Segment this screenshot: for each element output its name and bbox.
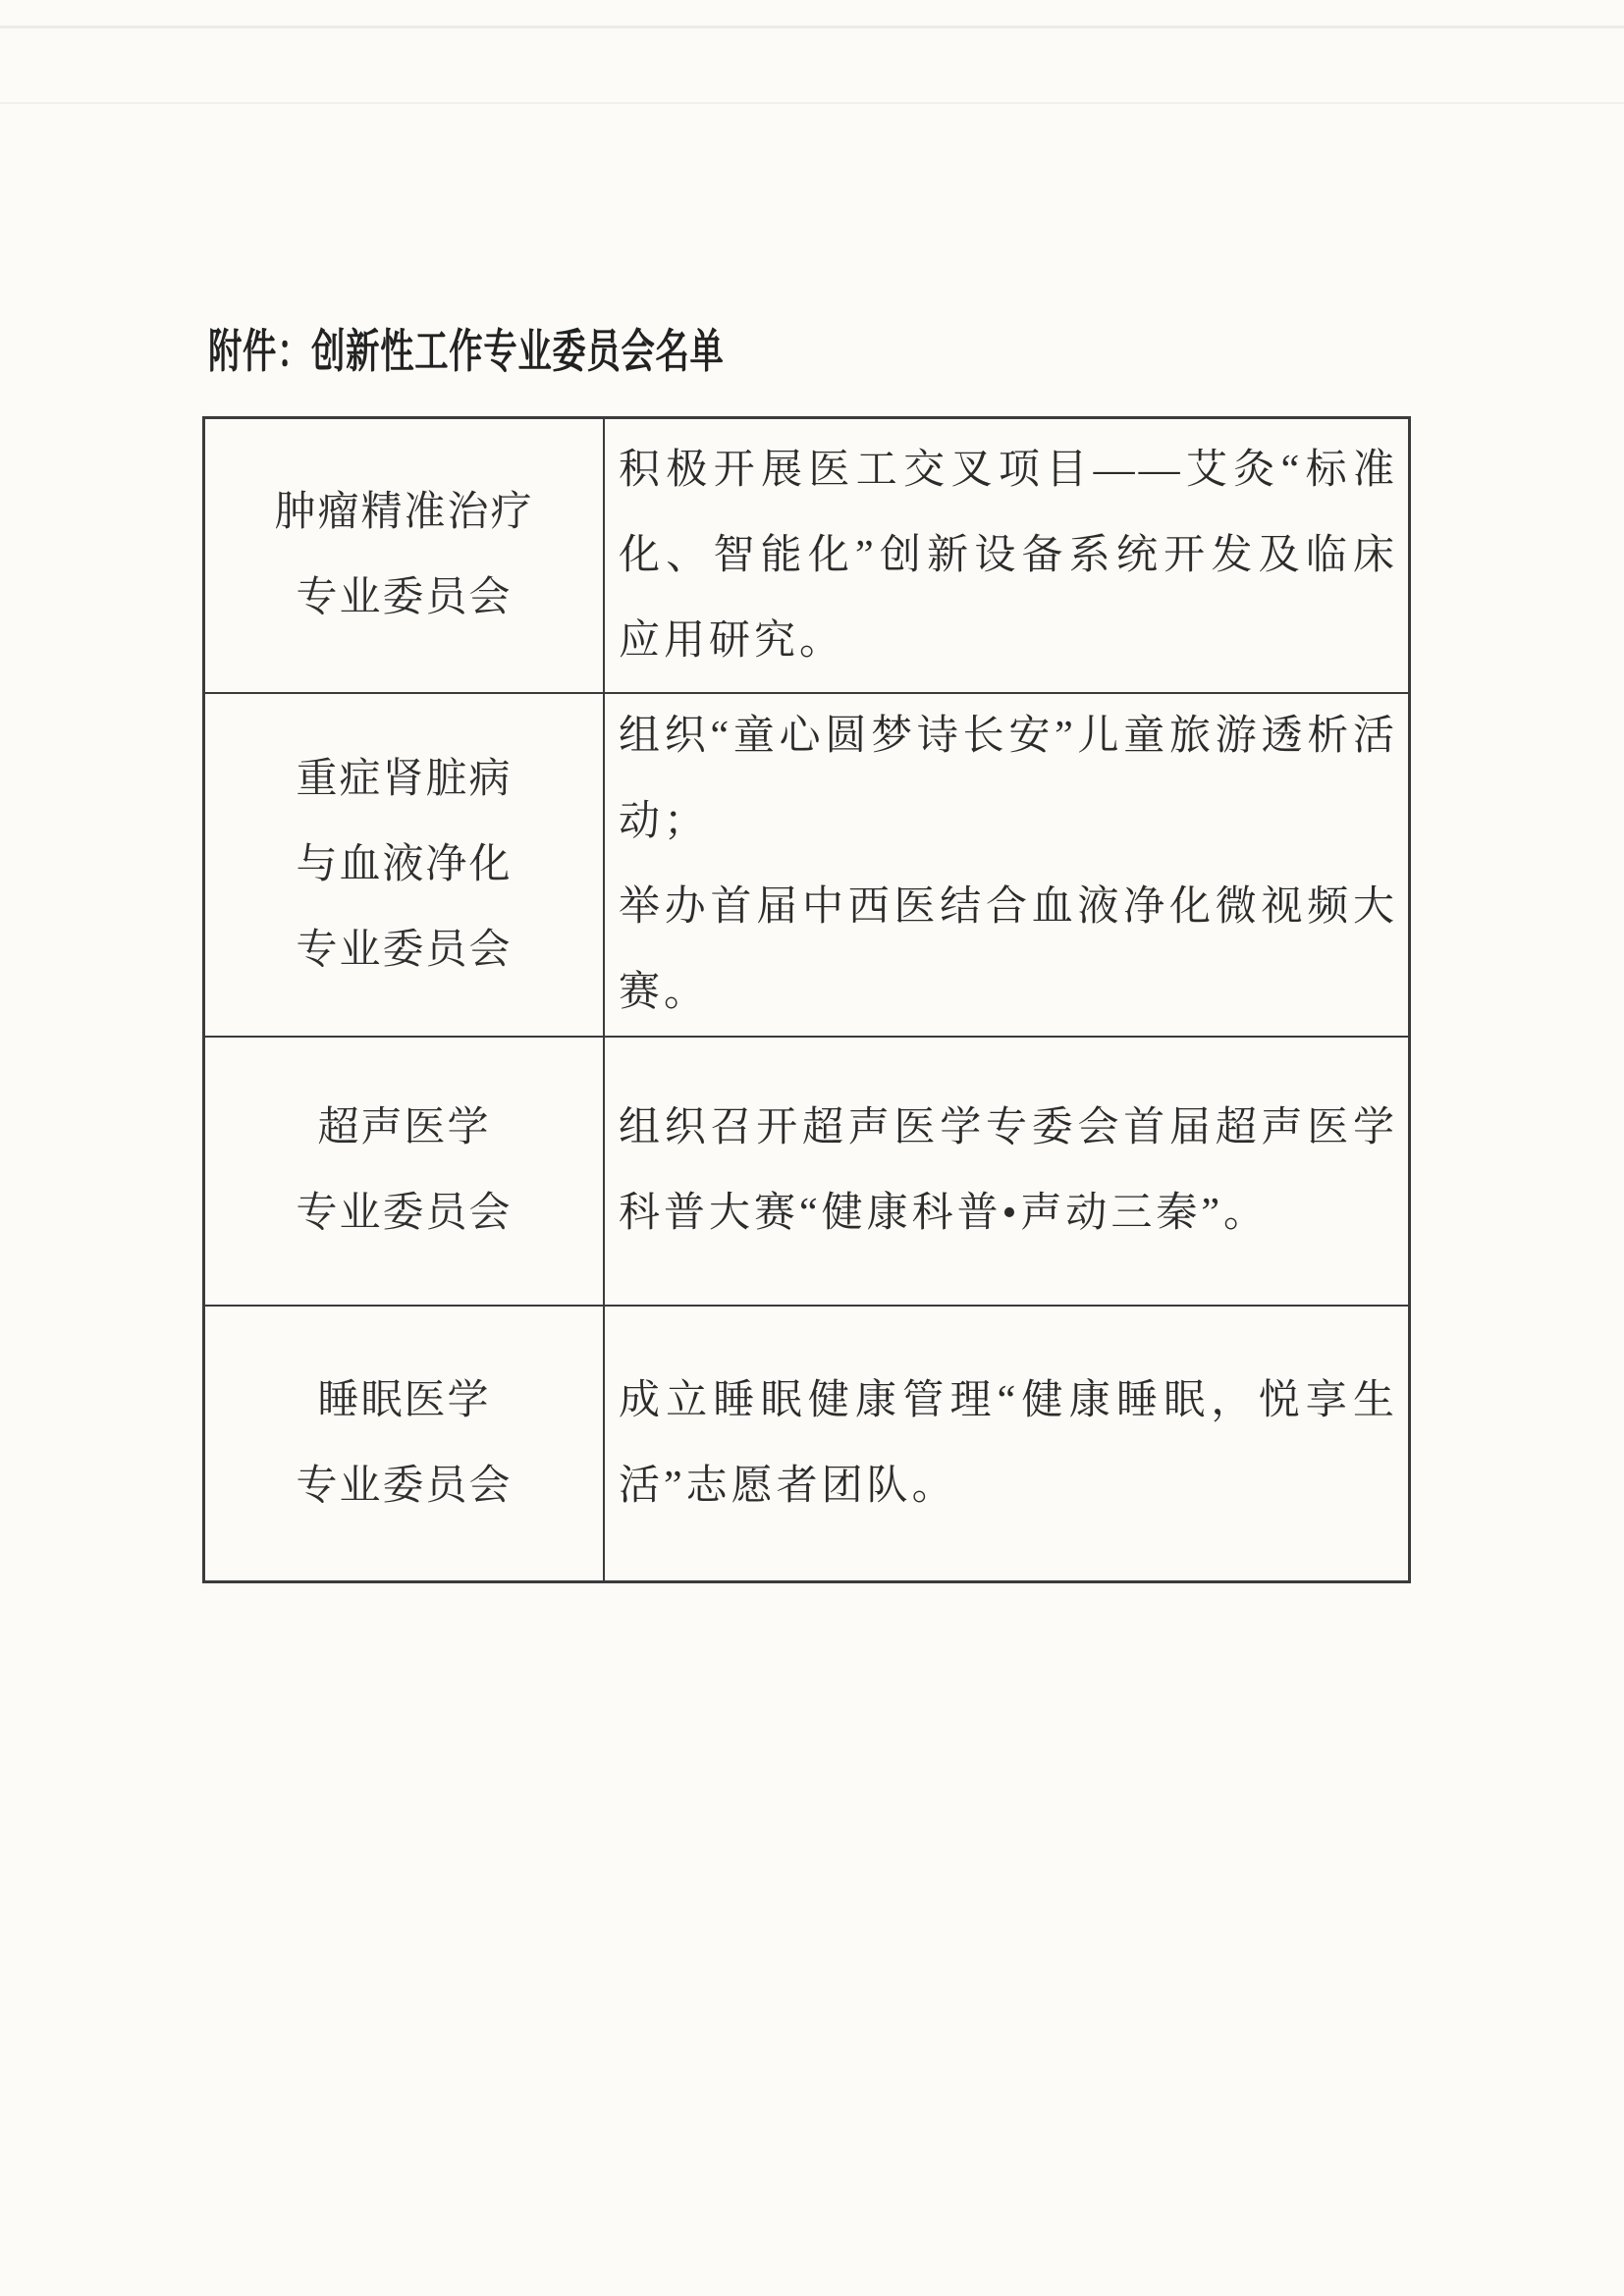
committee-name-line: 与血液净化 <box>296 823 512 908</box>
committee-table: 肿瘤精准治疗 专业委员会 积极开展医工交叉项目——艾灸“标准化、智能化”创新设备… <box>202 416 1411 1583</box>
achievement-paragraph: 积极开展医工交叉项目——艾灸“标准化、智能化”创新设备系统开发及临床应用研究。 <box>619 428 1398 684</box>
committee-name-line: 超声医学 <box>317 1086 490 1171</box>
committee-name-cell: 睡眠医学 专业委员会 <box>205 1307 605 1580</box>
achievement-paragraph: 举办首届中西医结合血液净化微视频大赛。 <box>619 865 1398 1036</box>
committee-name-line: 睡眠医学 <box>317 1359 490 1444</box>
achievement-paragraph: 组织“童心圆梦诗长安”儿童旅游透析活动； <box>619 694 1398 865</box>
committee-name-line: 重症肾脏病 <box>296 737 512 823</box>
committee-name-line: 专业委员会 <box>296 1444 512 1529</box>
scanned-document-page: 附件：创新性工作专业委员会名单 肿瘤精准治疗 专业委员会 积极开展医工交叉项目—… <box>0 0 1624 2296</box>
achievement-paragraph: 组织召开超声医学专委会首届超声医学科普大赛“健康科普•声动三秦”。 <box>619 1086 1398 1256</box>
achievement-cell: 组织召开超声医学专委会首届超声医学科普大赛“健康科普•声动三秦”。 <box>605 1038 1408 1305</box>
achievement-cell: 组织“童心圆梦诗长安”儿童旅游透析活动； 举办首届中西医结合血液净化微视频大赛。 <box>605 694 1408 1036</box>
table-row: 肿瘤精准治疗 专业委员会 积极开展医工交叉项目——艾灸“标准化、智能化”创新设备… <box>205 419 1408 692</box>
scan-artifact <box>0 102 1624 104</box>
table-row: 重症肾脏病 与血液净化 专业委员会 组织“童心圆梦诗长安”儿童旅游透析活动； 举… <box>205 692 1408 1036</box>
achievement-paragraph: 成立睡眠健康管理“健康睡眠，悦享生活”志愿者团队。 <box>619 1359 1398 1529</box>
document-title: 附件：创新性工作专业委员会名单 <box>208 324 725 379</box>
committee-name-cell: 重症肾脏病 与血液净化 专业委员会 <box>205 694 605 1036</box>
achievement-cell: 积极开展医工交叉项目——艾灸“标准化、智能化”创新设备系统开发及临床应用研究。 <box>605 419 1408 692</box>
committee-name-cell: 超声医学 专业委员会 <box>205 1038 605 1305</box>
committee-name-line: 肿瘤精准治疗 <box>274 470 533 556</box>
scan-artifact <box>0 26 1624 28</box>
achievement-cell: 成立睡眠健康管理“健康睡眠，悦享生活”志愿者团队。 <box>605 1307 1408 1580</box>
committee-name-line: 专业委员会 <box>296 556 512 641</box>
committee-name-line: 专业委员会 <box>296 1171 512 1256</box>
table-row: 睡眠医学 专业委员会 成立睡眠健康管理“健康睡眠，悦享生活”志愿者团队。 <box>205 1305 1408 1580</box>
committee-name-cell: 肿瘤精准治疗 专业委员会 <box>205 419 605 692</box>
table-row: 超声医学 专业委员会 组织召开超声医学专委会首届超声医学科普大赛“健康科普•声动… <box>205 1036 1408 1305</box>
committee-name-line: 专业委员会 <box>296 908 512 993</box>
